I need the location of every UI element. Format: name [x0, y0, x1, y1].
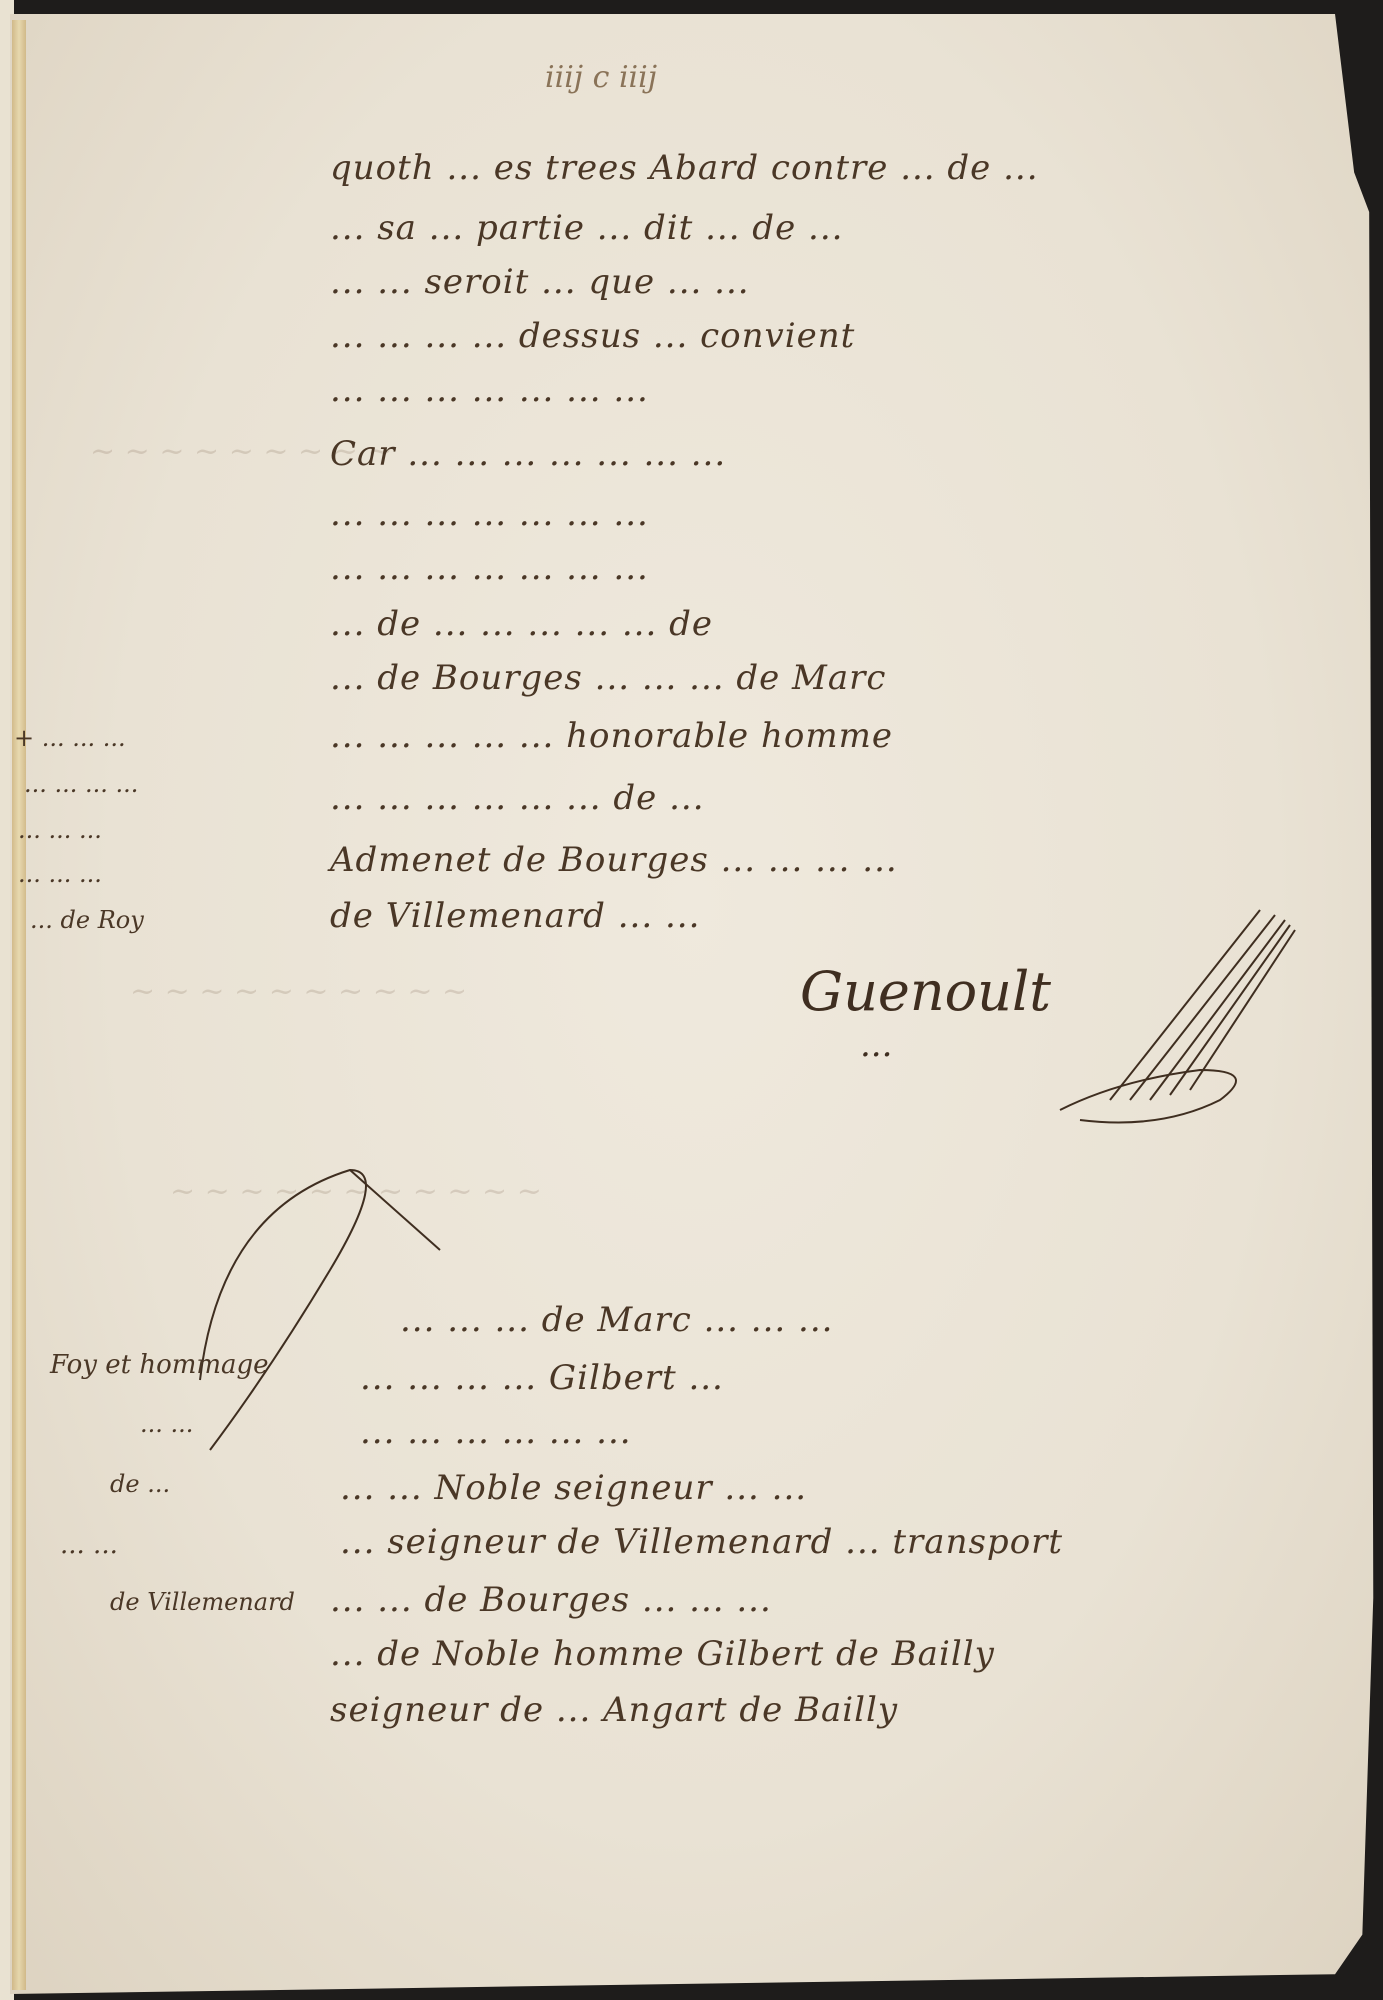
margin-line: ... ... ...	[18, 816, 102, 844]
text-line: ... ... ... ... Gilbert ...	[360, 1358, 724, 1398]
text-line: ... ... seroit ... que ... ...	[330, 262, 750, 302]
signature: Guenoult	[800, 960, 1051, 1023]
margin-line: de Villemenard	[110, 1588, 295, 1616]
folio-number: iiij c iiij	[545, 60, 657, 95]
text-line: de Villemenard ... ...	[330, 896, 700, 936]
text-line: ... ... ... de Marc ... ... ...	[400, 1300, 833, 1340]
margin-line: + ... ... ...	[14, 724, 126, 752]
text-line: ... ... Noble seigneur ... ...	[340, 1468, 807, 1508]
margin-line: ... ... ... ...	[24, 770, 138, 798]
text-line: ... ... de Bourges ... ... ...	[330, 1580, 772, 1620]
text-line: quoth ... es trees Abard contre ... de .…	[330, 148, 1039, 188]
text-line: ... ... ... ... ... ... de ...	[330, 778, 705, 818]
margin-line: ... ...	[60, 1530, 118, 1560]
margin-line: Foy et hommage	[50, 1350, 269, 1380]
text-line: seigneur de ... Angart de Bailly	[330, 1690, 898, 1730]
margin-line: ... de Roy	[30, 906, 144, 934]
text-line: ... sa ... partie ... dit ... de ...	[330, 208, 843, 248]
text-line: ... ... ... ... dessus ... convient	[330, 316, 855, 356]
binding-edge	[12, 20, 26, 1990]
paraph-flourish	[1020, 900, 1300, 1150]
text-line: ... ... ... ... ... ... ...	[330, 370, 649, 410]
text-line: Admenet de Bourges ... ... ... ...	[330, 840, 898, 880]
text-line: ... ... ... ... ... ... ...	[330, 548, 649, 588]
text-line: ... ... ... ... ... honorable homme	[330, 716, 893, 756]
text-line: ... ... ... ... ... ...	[360, 1412, 632, 1452]
text-line: ... de ... ... ... ... ... de	[330, 604, 713, 644]
text-line: Car ... ... ... ... ... ... ...	[330, 434, 726, 474]
text-line: ... seigneur de Villemenard ... transpor…	[340, 1522, 1063, 1562]
bleed-through-text: ~ ~ ~ ~ ~ ~ ~ ~ ~ ~	[130, 974, 467, 1009]
margin-line: ... ...	[140, 1410, 193, 1438]
text-line: ... de Noble homme Gilbert de Bailly	[330, 1634, 995, 1674]
text-line: ... ... ... ... ... ... ...	[330, 494, 649, 534]
margin-line: ... ... ...	[18, 860, 102, 888]
text-line: ... de Bourges ... ... ... de Marc	[330, 658, 886, 698]
margin-line: de ...	[110, 1470, 170, 1498]
signature-subscript: ...	[860, 1025, 892, 1065]
